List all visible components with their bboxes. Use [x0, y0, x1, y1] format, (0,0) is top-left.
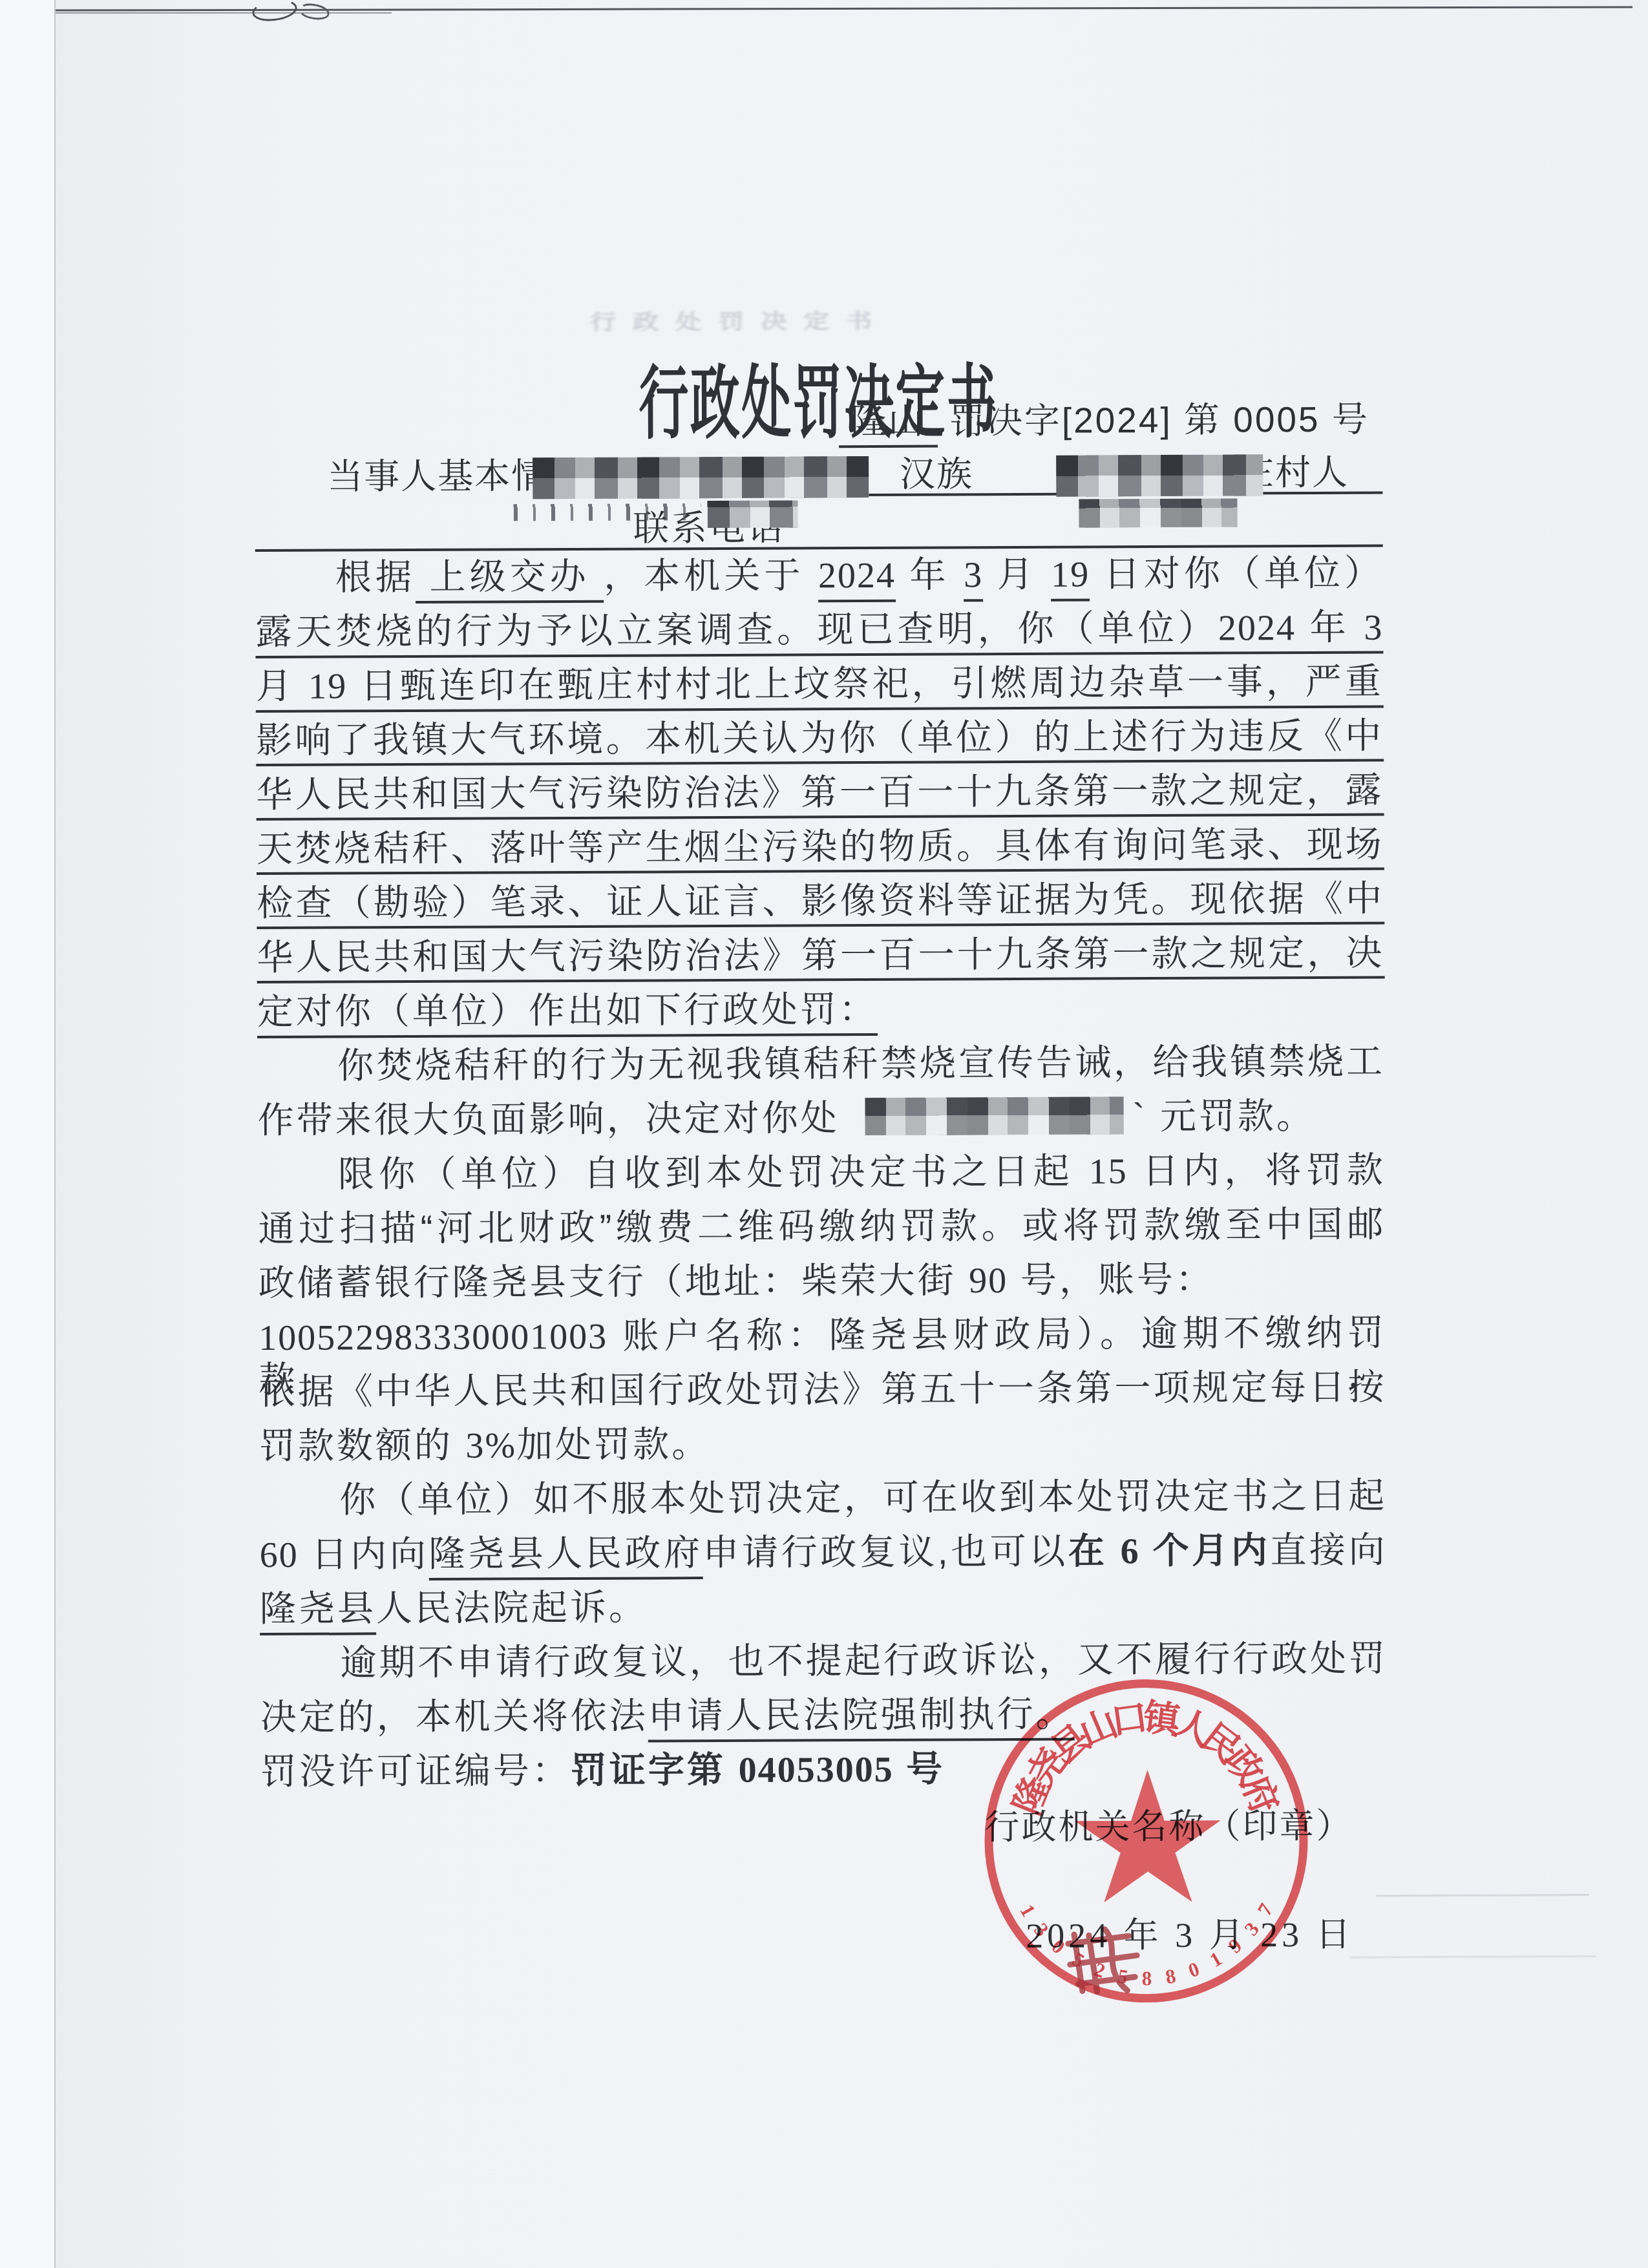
body-line: 你焚烧秸秆的行为无视我镇秸秆禁烧宣传告诫，给我镇禁烧工 [257, 1040, 1385, 1087]
clipped-digit-remnants [513, 503, 701, 521]
body-line: 检查（勘验）笔录、证人证言、影像资料等证据为凭。现依据《中 [257, 877, 1384, 929]
body-line: 天焚烧秸秆、落叶等产生烟尘污染的物质。具体有询问笔录、现场 [257, 823, 1384, 875]
body-line: 作带来很大负面影响，决定对你处` 元罚款。 [257, 1095, 1385, 1141]
body-line: 逾期不申请行政复议，也不提起行政诉讼，又不履行行政处罚 [260, 1637, 1388, 1684]
body-line: 依据《中华人民共和国行政处罚法》第五十一条第一项规定每日按 [259, 1366, 1386, 1412]
body-line: 影响了我镇大气环境。本机关认为你（单位）的上述行为违反《中 [256, 715, 1384, 766]
body-line: 根据 上级交办 ，本机关于 2024 年 3 月 19 日对你（单位） [255, 552, 1383, 599]
body-line: 通过扫描“河北财政”缴费二维码缴纳罚款。或将罚款缴至中国邮 [258, 1203, 1386, 1250]
document-number: 隆山 罚决字[2024] 第 0005 号 [255, 391, 1369, 447]
body-line: 华人民共和国大气污染防治法》第一百一十九条第一款之规定，露 [256, 769, 1384, 821]
body-line: 定对你（单位）作出如下行政处罚： [257, 986, 1385, 1033]
document-content: 行政处罚决定书 行政处罚决定书 隆山 罚决字[2024] 第 0005 号 当事… [0, 0, 1648, 2268]
redaction-mosaic-id [533, 456, 869, 499]
redaction-mosaic-hang1 [707, 500, 798, 528]
body-line: 月 19 日甄连印在甄庄村村北上坟祭祀，引燃周边杂草一事，严重 [256, 660, 1384, 713]
body-line: 60 日内向隆尧县人民政府申请行政复议,也可以在 6 个月内直接向 [259, 1529, 1387, 1576]
body-line: 罚款数额的 3%加处罚款。 [259, 1420, 1387, 1467]
redaction-mosaic-phone [1056, 454, 1263, 496]
body-line: 隆尧县人民法院起诉。 [260, 1583, 1388, 1630]
party-ethnicity: 汉族 [900, 445, 973, 496]
redaction-mosaic-hang2 [1079, 498, 1237, 527]
body-line: 限你（单位）自收到本处罚决定书之日起 15 日内，将罚款 [258, 1149, 1386, 1196]
body-line: 政储蓄银行隆尧县支行（地址：柴荣大街 90 号，账号： [259, 1257, 1386, 1305]
body-line: 露天焚烧的行为予以立案调查。现已查明，你（单位）2024 年 3 [255, 606, 1383, 658]
body-line: 华人民共和国大气污染防治法》第一百一十九条第一款之规定，决 [257, 932, 1384, 983]
scan-streak [1350, 1955, 1596, 1958]
bleed-through-ghost-title: 行政处罚决定书 [590, 305, 889, 336]
body-line: 你（单位）如不服本处罚决定，可在收到本处罚决定书之日起 [259, 1475, 1387, 1521]
official-seal: 隆尧县山口镇人民政府1305258801937 [984, 1679, 1308, 2003]
redaction-mosaic-fine-amount [865, 1097, 1123, 1135]
docno-rest: 罚决字[2024] 第 0005 号 [937, 399, 1369, 441]
docno-prefix: 隆山 [839, 401, 938, 448]
contact-line: 联系电话 [255, 496, 1382, 552]
scanned-penalty-decision-page: 行政处罚决定书 行政处罚决定书 隆山 罚决字[2024] 第 0005 号 当事… [0, 0, 1648, 2268]
scan-streak [1376, 1894, 1589, 1896]
